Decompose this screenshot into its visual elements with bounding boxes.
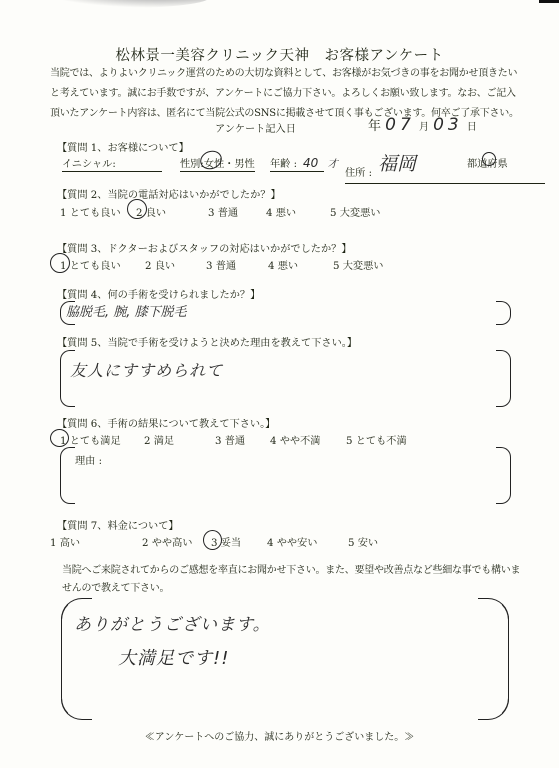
- q7-option-1[interactable]: 1 高い: [50, 534, 80, 549]
- date-day-suffix: 日: [467, 122, 477, 133]
- age-label: 年齢 :: [270, 159, 297, 170]
- q2-option-4[interactable]: 4 悪い: [266, 204, 296, 219]
- comments-line-1: ありがとうございます。: [74, 610, 271, 635]
- q6-reason-input[interactable]: [105, 452, 485, 497]
- date-day-value: 03: [433, 115, 463, 135]
- date-month-suffix: 月: [419, 122, 429, 133]
- q2-heading: 【質問 2、当院の電話対応はいかがでしたか？】: [57, 186, 281, 201]
- comments-box-corner-bl: [61, 699, 92, 720]
- comments-box-corner-br: [478, 699, 509, 720]
- q3-heading: 【質問 3、ドクターおよびスタッフの対応はいかがでしたか？】: [57, 240, 352, 255]
- scan-corner-mark: [539, 0, 559, 3]
- q2-option-3[interactable]: 3 普通: [208, 204, 238, 219]
- q6-option-5[interactable]: 5 とても不満: [346, 432, 407, 447]
- q3-option-4[interactable]: 4 悪い: [268, 257, 298, 272]
- q2-option-1[interactable]: 1 とても良い: [60, 204, 121, 219]
- address-label: 住所 :: [345, 168, 372, 179]
- age-value: 40: [297, 156, 324, 170]
- q3-selected-circle: [50, 253, 70, 273]
- q5-answer[interactable]: 友人にすすめられて: [70, 358, 223, 381]
- age-field[interactable]: 年齢 :40 才: [270, 155, 338, 170]
- date-field[interactable]: 年 07 月 03 日: [368, 115, 477, 135]
- page-title: 松林景一美容クリニック天神 お客様アンケート: [0, 44, 559, 65]
- address-value: 福岡: [372, 153, 416, 175]
- q7-option-2[interactable]: 2 やや高い: [142, 534, 192, 549]
- q7-selected-circle: [203, 530, 222, 550]
- initial-field[interactable]: イニシャル:: [62, 155, 168, 172]
- q3-option-2[interactable]: 2 良い: [145, 257, 175, 272]
- initial-label: イニシャル:: [62, 155, 162, 172]
- q2-option-5[interactable]: 5 大変悪い: [330, 204, 380, 219]
- q5-heading: 【質問 5、当院で手術を受けようと決めた理由を教えて下さい。】: [57, 334, 357, 349]
- q3-option-5[interactable]: 5 大変悪い: [333, 257, 383, 272]
- footer-thanks: ≪アンケートへのご協力、誠にありがとうございました。≫: [0, 728, 559, 743]
- q6-selected-circle: [50, 429, 69, 447]
- q4-answer[interactable]: 脇脱毛, 腕, 膝下脱毛: [66, 301, 187, 320]
- q6-option-3[interactable]: 3 普通: [215, 432, 245, 447]
- date-year-suffix: 年: [368, 119, 381, 134]
- scan-smudge: [40, 0, 210, 8]
- date-label: アンケート記入日: [215, 120, 296, 135]
- q6-bracket-right: [496, 447, 511, 504]
- q3-option-3[interactable]: 3 普通: [206, 257, 236, 272]
- q6-option-1[interactable]: 1 とても満足: [60, 432, 121, 447]
- comments-prompt: 当院へご来院されてからのご感想を率直にお聞かせ下さい。また、要望や改善点など些細…: [62, 562, 522, 598]
- q7-option-5[interactable]: 5 安い: [348, 534, 378, 549]
- q6-option-4[interactable]: 4 やや不満: [270, 432, 320, 447]
- age-suffix: 才: [328, 159, 338, 170]
- q6-heading: 【質問 6、手術の結果について教えて下さい。】: [57, 415, 275, 430]
- date-month-value: 07: [385, 115, 415, 135]
- q6-bracket-left: [60, 447, 75, 504]
- q7-option-4[interactable]: 4 やや安い: [267, 534, 317, 549]
- q1-heading: 【質問 1、お客様について】: [57, 139, 189, 154]
- q6-option-2[interactable]: 2 満足: [144, 432, 174, 447]
- q4-heading: 【質問 4、何の手術を受けられましたか？】: [57, 286, 260, 301]
- address-field[interactable]: 住所 :福岡都道府県: [345, 155, 545, 184]
- q4-bracket-right: [496, 301, 511, 325]
- comments-box-corner-tr: [478, 598, 509, 619]
- address-suffix-circle: [482, 152, 496, 166]
- q2-selected-circle: [127, 199, 147, 219]
- comments-line-2: 大満足です!!: [118, 644, 229, 670]
- q7-heading: 【質問 7、料金について】: [57, 517, 179, 532]
- q6-reason-label: 理由 :: [75, 452, 102, 467]
- q5-bracket-right: [496, 350, 511, 407]
